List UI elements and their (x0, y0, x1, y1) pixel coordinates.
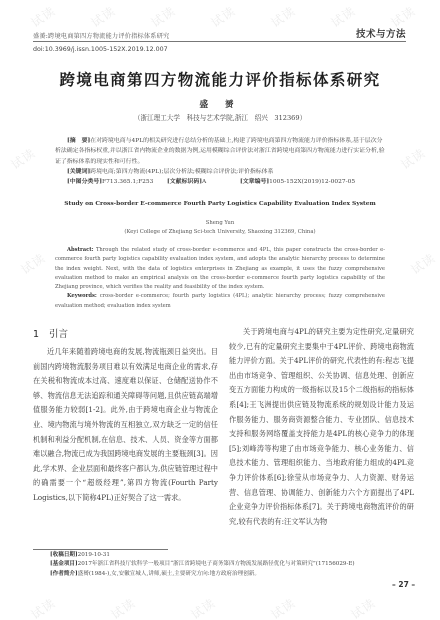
clc-label: [中图分类号] (67, 178, 102, 185)
author-affiliation: （浙江理工大学 科技与艺术学院,浙江 绍兴 312369） (0, 112, 440, 122)
received-label: [收稿日期] (50, 552, 78, 558)
keywords-label: [关键词] (67, 168, 90, 175)
abstract-label: [摘 要] (67, 137, 90, 144)
running-head: 盛赟:跨境电商第四方物流能力评价指标体系研究 技术与方法 (33, 26, 406, 40)
running-head-section: 技术与方法 (356, 26, 406, 40)
chinese-abstract-block: [摘 要]在对跨境电商与4PL的相关研究进行总结分析的基础上,构建了跨境电商第四… (55, 136, 385, 187)
english-abstract: Abstract: Through the related study of c… (55, 246, 385, 292)
section-heading: 1引言 (33, 328, 218, 342)
fund-label: [基金项目] (50, 561, 78, 567)
body-column-right: 关于跨境电商与4PL的研究主要为定性研究,定量研究较少,已有的定量研究主要集中于… (229, 325, 414, 529)
footnote-fund: [基金项目]2017年浙江省科技厅软科学一般项目“浙江省跨境电子商务第四方物流发… (50, 560, 420, 569)
body-paragraph: 近几年来随着跨境电商的发展,物流瓶颈日益突出。目前国内跨境物流服务项目难以有效满… (33, 345, 218, 506)
running-head-article: 盛赟:跨境电商第四方物流能力评价指标体系研究 (33, 31, 169, 40)
footnote-author: [作者简介]盛赟(1984-),女,安徽宣城人,讲师,硕士,主要研究方向:地方政… (50, 570, 420, 579)
footnote-divider (33, 549, 168, 550)
chinese-abstract: [摘 要]在对跨境电商与4PL的相关研究进行总结分析的基础上,构建了跨境电商第四… (55, 136, 385, 167)
author-info-label: [作者简介] (50, 571, 78, 577)
footnote-received: [收稿日期]2019-10-31 (50, 551, 420, 560)
doc-code-value: A (202, 179, 206, 185)
english-author: Sheng Yun (0, 220, 440, 226)
article-no-label: [文章编号] (240, 178, 269, 185)
journal-page: 盛赟:跨境电商第四方物流能力评价指标体系研究 技术与方法 doi:10.3969… (0, 0, 440, 620)
author-name: 盛 赟 (0, 98, 440, 110)
clc-value: F713.365.1;F253 (102, 179, 153, 185)
english-abstract-block: Abstract: Through the related study of c… (55, 246, 385, 311)
doc-code-label: [文献标识码] (167, 178, 202, 185)
footnotes: [收稿日期]2019-10-31 [基金项目]2017年浙江省科技厅软科学一般项… (50, 551, 420, 579)
english-abstract-label: Abstract: (67, 247, 94, 253)
header-divider (33, 41, 406, 42)
section-number: 1 (33, 329, 39, 340)
author-info-text: 盛赟(1984-),女,安徽宣城人,讲师,硕士,主要研究方向:地方政府治理创新。 (78, 571, 260, 577)
english-keywords: Keywords: cross-border e-commerce; fourt… (55, 292, 385, 311)
fund-text: 2017年浙江省科技厅软科学一般项目“浙江省跨境电子商务第四方物流发展路径优化与… (78, 561, 355, 567)
article-no-value: 1005-152X(2019)12-0027-05 (269, 179, 355, 185)
doi: doi:10.3969/j.issn.1005-152X.2019.12.007 (33, 46, 168, 53)
body-paragraph: 关于跨境电商与4PL的研究主要为定性研究,定量研究较少,已有的定量研究主要集中于… (229, 325, 414, 529)
english-abstract-text: Through the related study of cross-borde… (55, 247, 385, 290)
english-keywords-text: cross-border e-commerce; fourth party lo… (55, 293, 385, 308)
keywords-text: 跨境电商;第四方物流(4PL);层次分析法;模糊综合评价法;评价指标体系 (90, 169, 273, 175)
abstract-text: 在对跨境电商与4PL的相关研究进行总结分析的基础上,构建了跨境电商第四方物流能力… (55, 138, 385, 165)
classification-row: [中图分类号]F713.365.1;F253 [文献标识码]A [文章编号]10… (55, 177, 385, 187)
english-keywords-label: Keywords: (67, 293, 97, 299)
body-column-left: 1引言 近几年来随着跨境电商的发展,物流瓶颈日益突出。目前国内跨境物流服务项目难… (33, 328, 218, 506)
english-affiliation: (Keyi College of Zhejiang Sci-tech Unive… (0, 229, 440, 235)
english-title: Study on Cross-border E-commerce Fourth … (0, 200, 440, 207)
received-date: 2019-10-31 (78, 552, 110, 558)
article-title: 跨境电商第四方物流能力评价指标体系研究 (0, 68, 440, 90)
section-title: 引言 (49, 329, 68, 340)
chinese-keywords: [关键词]跨境电商;第四方物流(4PL);层次分析法;模糊综合评价法;评价指标体… (55, 167, 385, 177)
page-number: – 27 – (392, 580, 415, 589)
